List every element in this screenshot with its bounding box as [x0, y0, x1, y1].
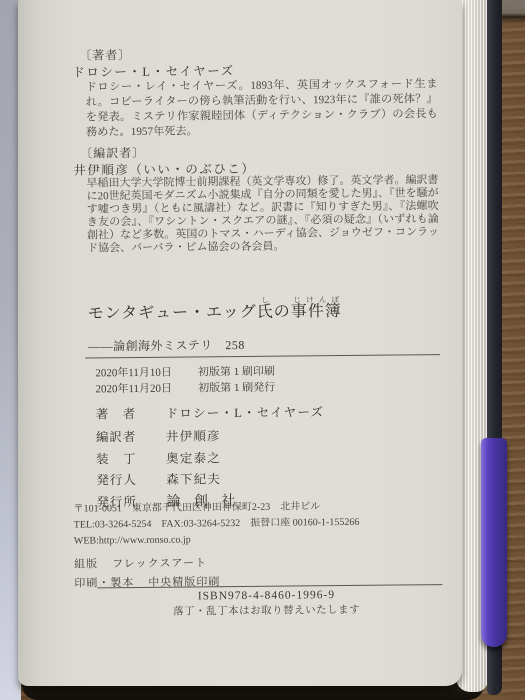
- edition-label: 初版第 1 刷印刷: [198, 366, 275, 379]
- credit-role: 装 丁: [96, 449, 144, 467]
- credit-role: 編訳者: [96, 427, 144, 445]
- credit-row-translator: 編訳者井伊順彦: [96, 426, 221, 445]
- credit-row-publisher-person: 発行人森下紀夫: [96, 469, 221, 488]
- production-row-typesetting: 組版フレックスアート: [74, 554, 207, 571]
- credit-role: 発行人: [96, 470, 144, 488]
- edition-row-publish: 2020年11月20日 初版第 1 刷発行: [95, 380, 275, 398]
- book-title-shi: 氏: [257, 304, 274, 321]
- credit-name: 奥定泰之: [166, 451, 221, 466]
- reprint-notice: 落丁・乱丁本はお取り替えいたします: [91, 601, 443, 619]
- credit-role: 著 者: [96, 404, 144, 422]
- credit-name: ドロシー・L・セイヤーズ: [166, 405, 325, 421]
- book-photo: 〔著者〕 ドロシー・L・セイヤーズ ドロシー・レイ・セイヤーズ。1893年、英国…: [0, 0, 525, 700]
- credit-row-designer: 装 丁奥定泰之: [96, 448, 221, 467]
- purple-bookmark: [481, 438, 507, 647]
- book-title-jikenbo: 事件簿: [291, 303, 342, 320]
- book-title-ruby-jikenbo: 事件簿じけんぼ: [291, 303, 342, 320]
- book-title-part2: の: [274, 304, 291, 321]
- publisher-web: WEB:http://www.ronso.co.jp: [74, 532, 191, 549]
- book-title-jikenbo-furigana: じけんぼ: [291, 295, 342, 304]
- edition-label: 初版第 1 刷発行: [198, 382, 275, 395]
- book-title-part1: モンタギュー・エッグ: [88, 304, 257, 323]
- author-name: ドロシー・L・セイヤーズ: [72, 61, 234, 81]
- production-name: フレックスアート: [112, 557, 207, 570]
- translator-section-heading: 〔編訳者〕: [80, 144, 145, 162]
- author-bio: ドロシー・レイ・セイヤーズ。1893年、英国オックスフォード生まれ。コピーライタ…: [85, 77, 438, 140]
- colophon-content: 〔著者〕 ドロシー・L・セイヤーズ ドロシー・レイ・セイヤーズ。1893年、英国…: [15, 0, 466, 688]
- credit-name: 井伊順彦: [166, 429, 221, 444]
- edition-date: 2020年11月10日: [95, 364, 195, 381]
- edition-date: 2020年11月20日: [95, 380, 195, 397]
- book-title-shi-furigana: し: [257, 296, 274, 305]
- translator-bio: 早稲田大学大学院博士前期課程（英文学専攻）修了。英文学者。編訳書に20世紀英国モ…: [86, 174, 439, 255]
- book-title-ruby-shi: 氏し: [257, 304, 274, 321]
- production-role: 組版: [74, 555, 98, 571]
- book-title: モンタギュー・エッグ氏しの事件簿じけんぼ: [88, 295, 342, 323]
- colophon-page: 〔著者〕 ドロシー・L・セイヤーズ ドロシー・レイ・セイヤーズ。1893年、英国…: [18, 0, 462, 686]
- credit-name: 森下紀夫: [166, 472, 221, 487]
- series-label: ――論創海外ミステリ 258: [88, 336, 245, 355]
- credit-row-author: 著 者ドロシー・L・セイヤーズ: [96, 402, 325, 422]
- publisher-tel-fax: TEL:03-3264-5254 FAX:03-3264-5232 振替口座 0…: [74, 515, 360, 534]
- author-section-heading: 〔著者〕: [79, 46, 131, 63]
- divider-rule-top: [85, 354, 440, 359]
